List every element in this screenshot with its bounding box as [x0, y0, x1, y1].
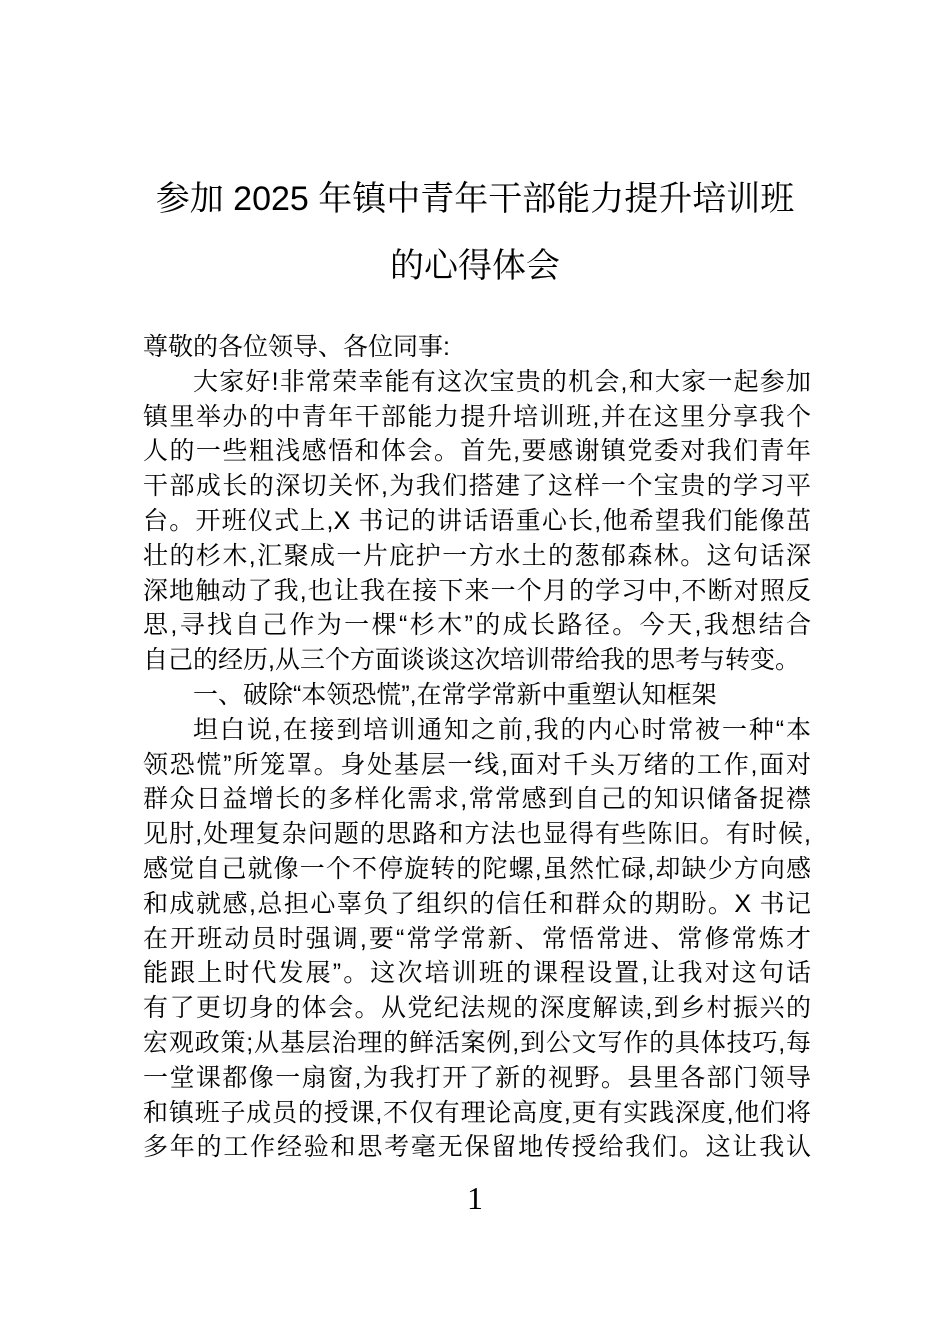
body-line: 和镇班子成员的授课,不仅有理论高度,更有实践深度,他们将 [143, 1096, 811, 1131]
body-line: 镇里举办的中青年干部能力提升培训班,并在这里分享我个 [143, 400, 811, 435]
body-line: 多年的工作经验和思考毫无保留地传授给我们。这让我认 [143, 1130, 811, 1165]
body-line: 思,寻找自己作为一棵“杉木”的成长路径。今天,我想结合 [143, 608, 811, 643]
body-line: 和成就感,总担心辜负了组织的信任和群众的期盼。X 书记 [143, 887, 811, 922]
body-line: 一堂课都像一扇窗,为我打开了新的视野。县里各部门领导 [143, 1061, 811, 1096]
body-line: 坦白说,在接到培训通知之前,我的内心时常被一种“本 [143, 713, 811, 748]
document-page: 参加 2025 年镇中青年干部能力提升培训班 的心得体会 尊敬的各位领导、各位同… [0, 0, 950, 1344]
body-line: 尊敬的各位领导、各位同事: [143, 330, 811, 365]
body-line: 深地触动了我,也让我在接下来一个月的学习中,不断对照反 [143, 574, 811, 609]
page-number: 1 [0, 1182, 950, 1214]
body-line: 干部成长的深切关怀,为我们搭建了这样一个宝贵的学习平 [143, 469, 811, 504]
body-line: 群众日益增长的多样化需求,常常感到自己的知识储备捉襟 [143, 782, 811, 817]
body-line: 大家好!非常荣幸能有这次宝贵的机会,和大家一起参加 [143, 365, 811, 400]
document-body: 尊敬的各位领导、各位同事:大家好!非常荣幸能有这次宝贵的机会,和大家一起参加镇里… [143, 330, 811, 1165]
body-line: 台。开班仪式上,X 书记的讲话语重心长,他希望我们能像茁 [143, 504, 811, 539]
document-title-line-1: 参加 2025 年镇中青年干部能力提升培训班 [141, 166, 809, 233]
body-line: 宏观政策;从基层治理的鲜活案例,到公文写作的具体技巧,每 [143, 1026, 811, 1061]
body-line: 在开班动员时强调,要“常学常新、常悟常进、常修常炼才 [143, 922, 811, 957]
body-line: 有了更切身的体会。从党纪法规的深度解读,到乡村振兴的 [143, 991, 811, 1026]
section-heading: 一、破除“本领恐慌”,在常学常新中重塑认知框架 [143, 678, 811, 713]
document-title: 参加 2025 年镇中青年干部能力提升培训班 的心得体会 [141, 166, 809, 300]
body-line: 领恐慌”所笼罩。身处基层一线,面对千头万绪的工作,面对 [143, 748, 811, 783]
body-line: 人的一些粗浅感悟和体会。首先,要感谢镇党委对我们青年 [143, 434, 811, 469]
body-line: 见肘,处理复杂问题的思路和方法也显得有些陈旧。有时候, [143, 817, 811, 852]
body-line: 能跟上时代发展”。这次培训班的课程设置,让我对这句话 [143, 956, 811, 991]
body-line: 感觉自己就像一个不停旋转的陀螺,虽然忙碌,却缺少方向感 [143, 852, 811, 887]
body-line: 自己的经历,从三个方面谈谈这次培训带给我的思考与转变。 [143, 643, 811, 678]
body-line: 壮的杉木,汇聚成一片庇护一方水土的葱郁森林。这句话深 [143, 539, 811, 574]
document-title-line-2: 的心得体会 [141, 233, 809, 300]
